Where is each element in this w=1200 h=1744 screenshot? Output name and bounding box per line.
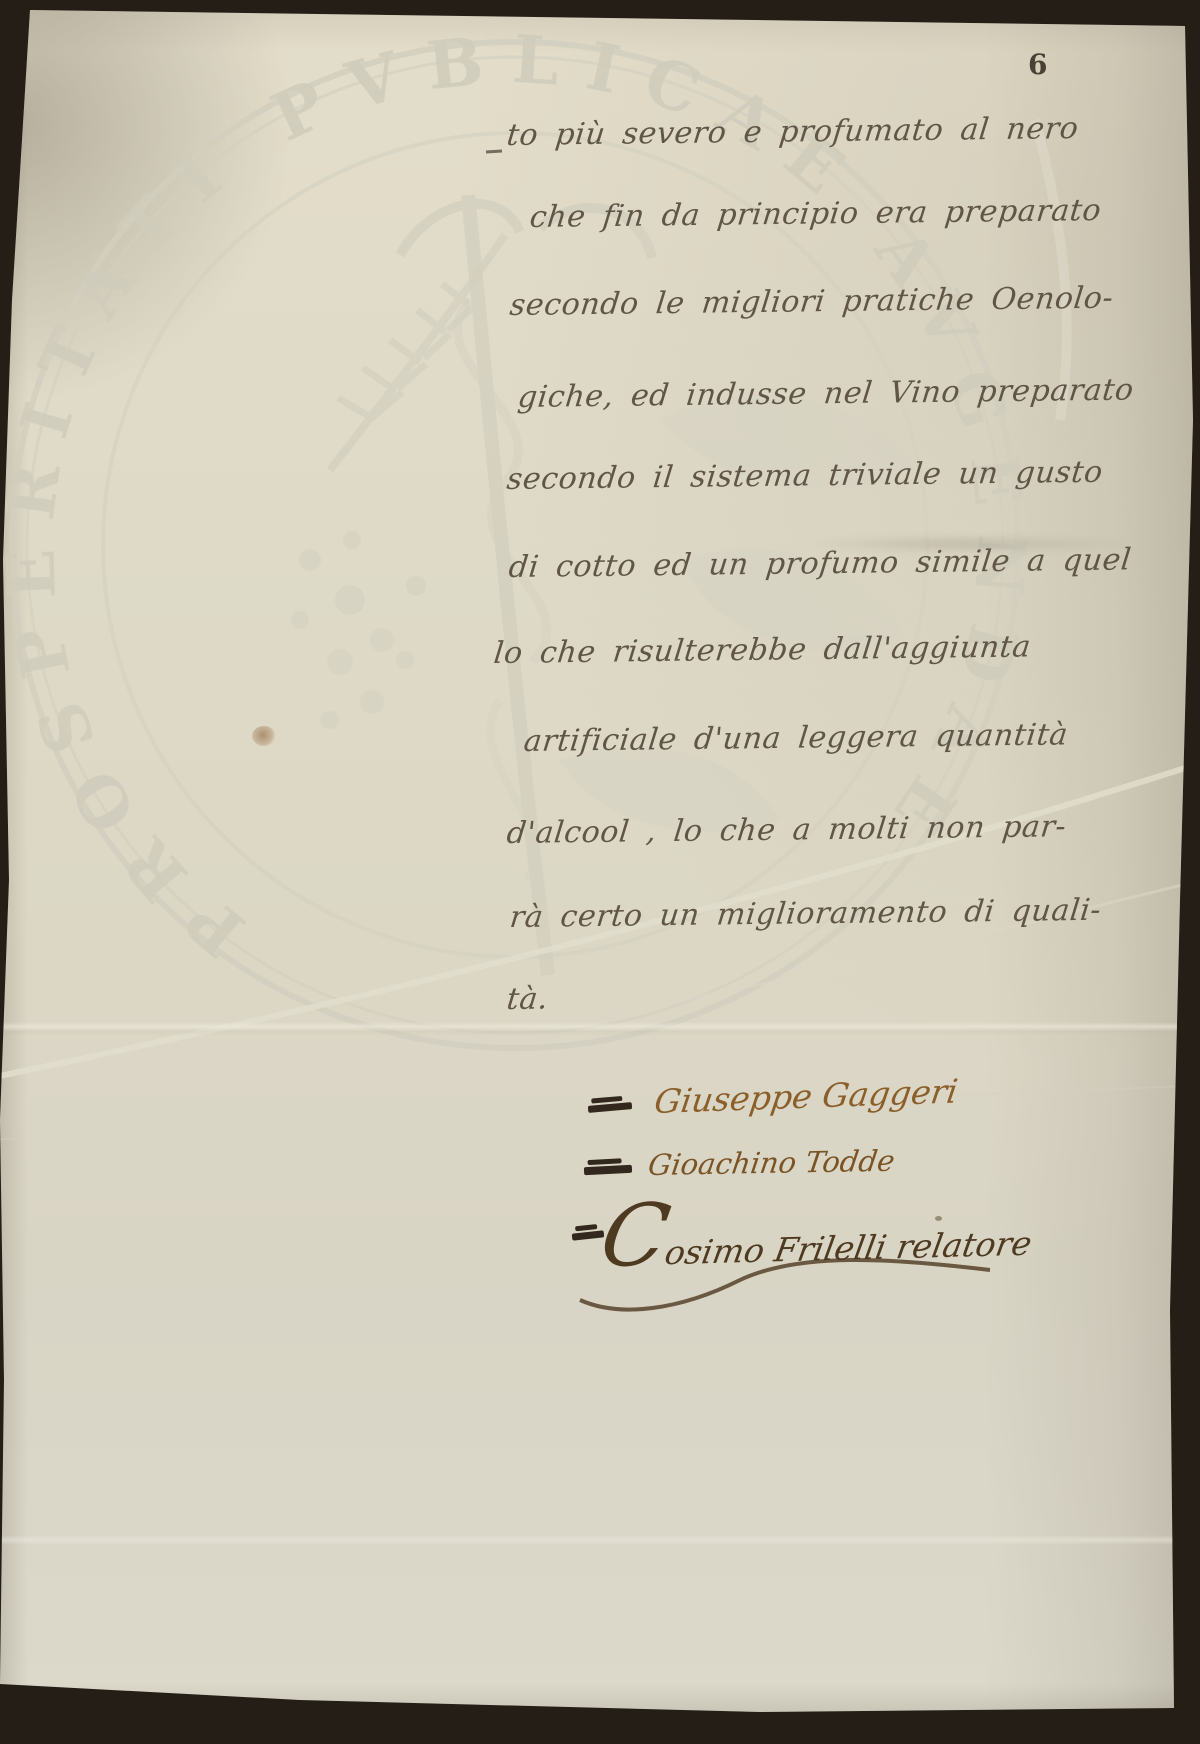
signature: Giuseppe Gaggeri (652, 1072, 960, 1121)
signature-dash-mark (588, 1102, 632, 1113)
manuscript-line: tà. (505, 981, 550, 1017)
wheat-motif (330, 235, 505, 470)
signature-flourish (560, 1240, 1040, 1320)
ink-smudge (800, 534, 1130, 554)
flower-cluster-motif (291, 531, 426, 729)
manuscript-line: secondo le migliori pratiche Oenolo- (508, 281, 1115, 323)
paper-stain (252, 726, 276, 746)
paper-speck (935, 1216, 942, 1221)
paper-sheet: PROSPERITATI PVBLICAE AVGENDAE (0, 0, 1200, 1744)
manuscript-line: artificiale d'una leggera quantità (522, 717, 1070, 759)
continuation-dash (486, 149, 502, 153)
signature-dash-mark (584, 1165, 632, 1176)
watermark-seal: PROSPERITATI PVBLICAE AVGENDAE (0, 0, 1200, 1744)
paper-fold-line (0, 1535, 1200, 1545)
manuscript-line: d'alcool , lo che a molti non par- (505, 809, 1068, 851)
manuscript-line: che fin da principio era preparato (528, 193, 1103, 235)
page-number: 6 (1028, 48, 1048, 81)
manuscript-line: lo che risulterebbe dall'aggiunta (492, 629, 1033, 671)
manuscript-line: secondo il sistema triviale un gusto (505, 455, 1105, 497)
manuscript-line: rà certo un miglioramento di quali- (508, 893, 1103, 935)
paper-fold-line (0, 1022, 1200, 1036)
scanned-manuscript-page: PROSPERITATI PVBLICAE AVGENDAE (0, 0, 1200, 1744)
manuscript-line: giche, ed indusse nel Vino preparato (516, 372, 1136, 415)
signature: Gioachino Todde (646, 1144, 897, 1182)
manuscript-line: to più severo e profumato al nero (505, 111, 1080, 153)
